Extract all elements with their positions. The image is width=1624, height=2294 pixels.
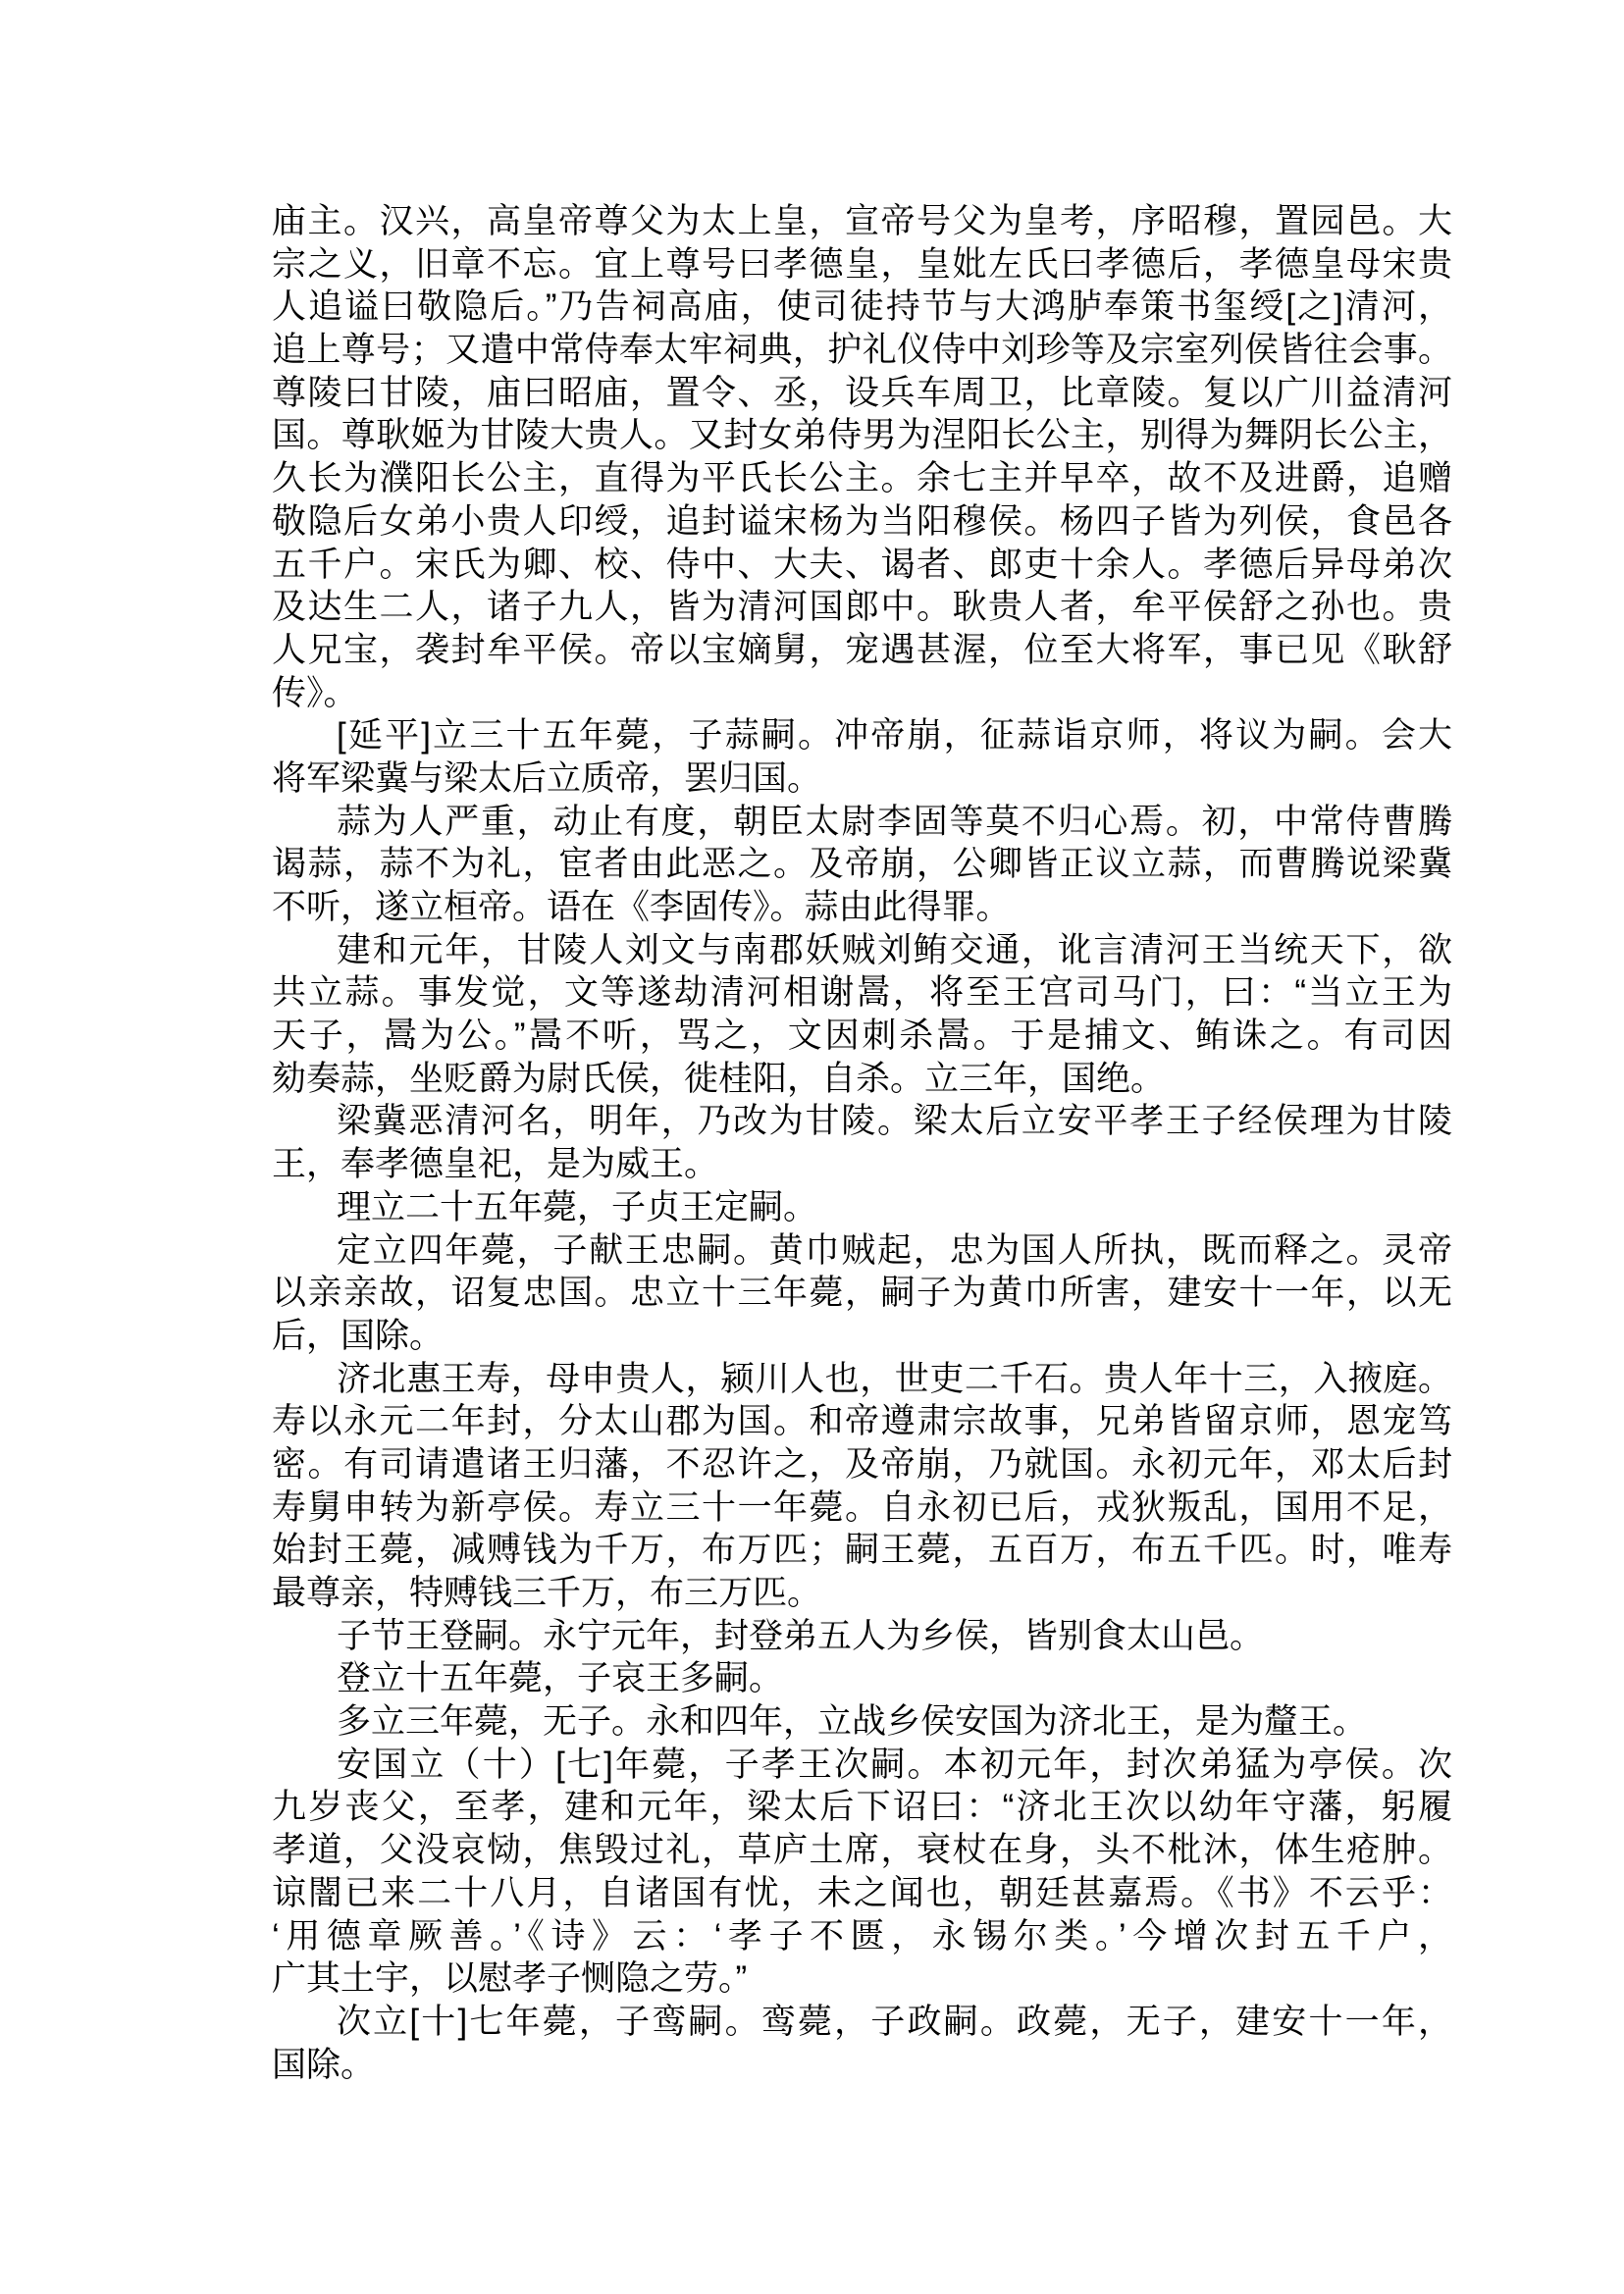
text-line: 子节王登嗣。永宁元年，封登弟五人为乡侯，皆别食太山邑。 [272, 1615, 1452, 1658]
text-line: 次立[十]七年薨，子鸾嗣。鸾薨，子政嗣。政薨，无子，建安十一年， [272, 2001, 1452, 2044]
text-line: 宗之义，旧章不忘。宜上尊号曰孝德皇，皇妣左氏曰孝德后，孝德皇母宋贵 [272, 243, 1452, 287]
document-page: 庙主。汉兴，高皇帝尊父为太上皇，宣帝号父为皇考，序昭穆，置园邑。大宗之义，旧章不… [0, 0, 1624, 2294]
text-line: 人兄宝，袭封牟平侯。帝以宝嫡舅，宠遇甚渥，位至大将军，事已见《耿舒 [272, 629, 1452, 672]
text-line: 寿以永元二年封，分太山郡为国。和帝遵肃宗故事，兄弟皆留京师，恩宠笃 [272, 1400, 1452, 1443]
text-line: 不听，遂立桓帝。语在《李固传》。蒜由此得罪。 [272, 886, 1452, 929]
text-line: 将军梁冀与梁太后立质帝，罢归国。 [272, 757, 1452, 801]
text-line: 追上尊号；又遣中常侍奉太牢祠典，护礼仪侍中刘珍等及宗室列侯皆往会事。 [272, 329, 1452, 372]
text-line: 久长为濮阳长公主，直得为平氏长公主。余七主并早卒，故不及进爵，追赠 [272, 457, 1452, 500]
text-line: 理立二十五年薨，子贞王定嗣。 [272, 1186, 1452, 1229]
text-line: 最尊亲，特赙钱三千万，布三万匹。 [272, 1572, 1452, 1615]
text-line: 国。尊耿姬为甘陵大贵人。又封女弟侍男为涅阳长公主，别得为舞阴长公主， [272, 414, 1452, 457]
text-line: 建和元年，甘陵人刘文与南郡妖贼刘鲔交通，讹言清河王当统天下，欲 [272, 929, 1452, 972]
text-line: ‘用德章厥善。’《诗》云：‘孝子不匮，永锡尔类。’今增次封五千户， [272, 1915, 1452, 1958]
text-block: 庙主。汉兴，高皇帝尊父为太上皇，宣帝号父为皇考，序昭穆，置园邑。大宗之义，旧章不… [272, 200, 1452, 2086]
text-line: [延平]立三十五年薨，子蒜嗣。冲帝崩，征蒜诣京师，将议为嗣。会大 [272, 714, 1452, 757]
text-line: 以亲亲故，诏复忠国。忠立十三年薨，嗣子为黄巾所害，建安十一年，以无 [272, 1272, 1452, 1315]
text-line: 济北惠王寿，母申贵人，颍川人也，世吏二千石。贵人年十三，入掖庭。 [272, 1358, 1452, 1401]
text-line: 谒蒜，蒜不为礼，宦者由此恶之。及帝崩，公卿皆正议立蒜，而曹腾说梁冀 [272, 843, 1452, 886]
text-line: 王，奉孝德皇祀，是为威王。 [272, 1143, 1452, 1186]
text-line: 安国立（十）[七]年薨，子孝王次嗣。本初元年，封次弟猛为亭侯。次 [272, 1744, 1452, 1787]
text-line: 密。有司请遣诸王归藩，不忍许之，及帝崩，乃就国。永初元年，邓太后封 [272, 1443, 1452, 1486]
text-line: 蒜为人严重，动止有度，朝臣太尉李固等莫不归心焉。初，中常侍曹腾 [272, 801, 1452, 844]
text-line: 五千户。宋氏为卿、校、侍中、大夫、谒者、郎吏十余人。孝德后异母弟次 [272, 544, 1452, 587]
text-line: 人追谥曰敬隐后。”乃告祠高庙，使司徒持节与大鸿胪奉策书玺绶[之]清河， [272, 286, 1452, 329]
text-line: 劾奏蒜，坐贬爵为尉氏侯，徙桂阳，自杀。立三年，国绝。 [272, 1058, 1452, 1101]
text-line: 谅闇已来二十八月，自诸国有忧，未之闻也，朝廷甚嘉焉。《书》不云乎： [272, 1872, 1452, 1915]
text-line: 始封王薨，减赙钱为千万，布万匹；嗣王薨，五百万，布五千匹。时，唯寿 [272, 1529, 1452, 1572]
text-line: 尊陵曰甘陵，庙曰昭庙，置令、丞，设兵车周卫，比章陵。复以广川益清河 [272, 372, 1452, 415]
text-line: 天子，暠为公。”暠不听，骂之，文因刺杀暠。于是捕文、鲔诛之。有司因 [272, 1015, 1452, 1058]
text-line: 庙主。汉兴，高皇帝尊父为太上皇，宣帝号父为皇考，序昭穆，置园邑。大 [272, 200, 1452, 243]
text-line: 孝道，父没哀恸，焦毁过礼，草庐土席，衰杖在身，头不枇沐，体生疮肿。 [272, 1829, 1452, 1872]
text-line: 定立四年薨，子献王忠嗣。黄巾贼起，忠为国人所执，既而释之。灵帝 [272, 1229, 1452, 1273]
text-line: 梁冀恶清河名，明年，乃改为甘陵。梁太后立安平孝王子经侯理为甘陵 [272, 1100, 1452, 1143]
text-line: 国除。 [272, 2044, 1452, 2087]
text-line: 共立蒜。事发觉，文等遂劫清河相谢暠，将至王宫司马门，曰：“当立王为 [272, 971, 1452, 1015]
text-line: 寿舅申转为新亭侯。寿立三十一年薨。自永初已后，戎狄叛乱，国用不足， [272, 1486, 1452, 1530]
text-line: 传》。 [272, 672, 1452, 715]
text-line: 登立十五年薨，子哀王多嗣。 [272, 1657, 1452, 1700]
text-line: 后，国除。 [272, 1315, 1452, 1358]
text-line: 九岁丧父，至孝，建和元年，梁太后下诏曰：“济北王次以幼年守藩，躬履 [272, 1786, 1452, 1829]
text-line: 广其土宇，以慰孝子恻隐之劳。” [272, 1957, 1452, 2001]
text-line: 多立三年薨，无子。永和四年，立战乡侯安国为济北王，是为釐王。 [272, 1700, 1452, 1744]
text-line: 及达生二人，诸子九人，皆为清河国郎中。耿贵人者，牟平侯舒之孙也。贵 [272, 586, 1452, 629]
text-line: 敬隐后女弟小贵人印绶，追封谥宋杨为当阳穆侯。杨四子皆为列侯，食邑各 [272, 500, 1452, 544]
